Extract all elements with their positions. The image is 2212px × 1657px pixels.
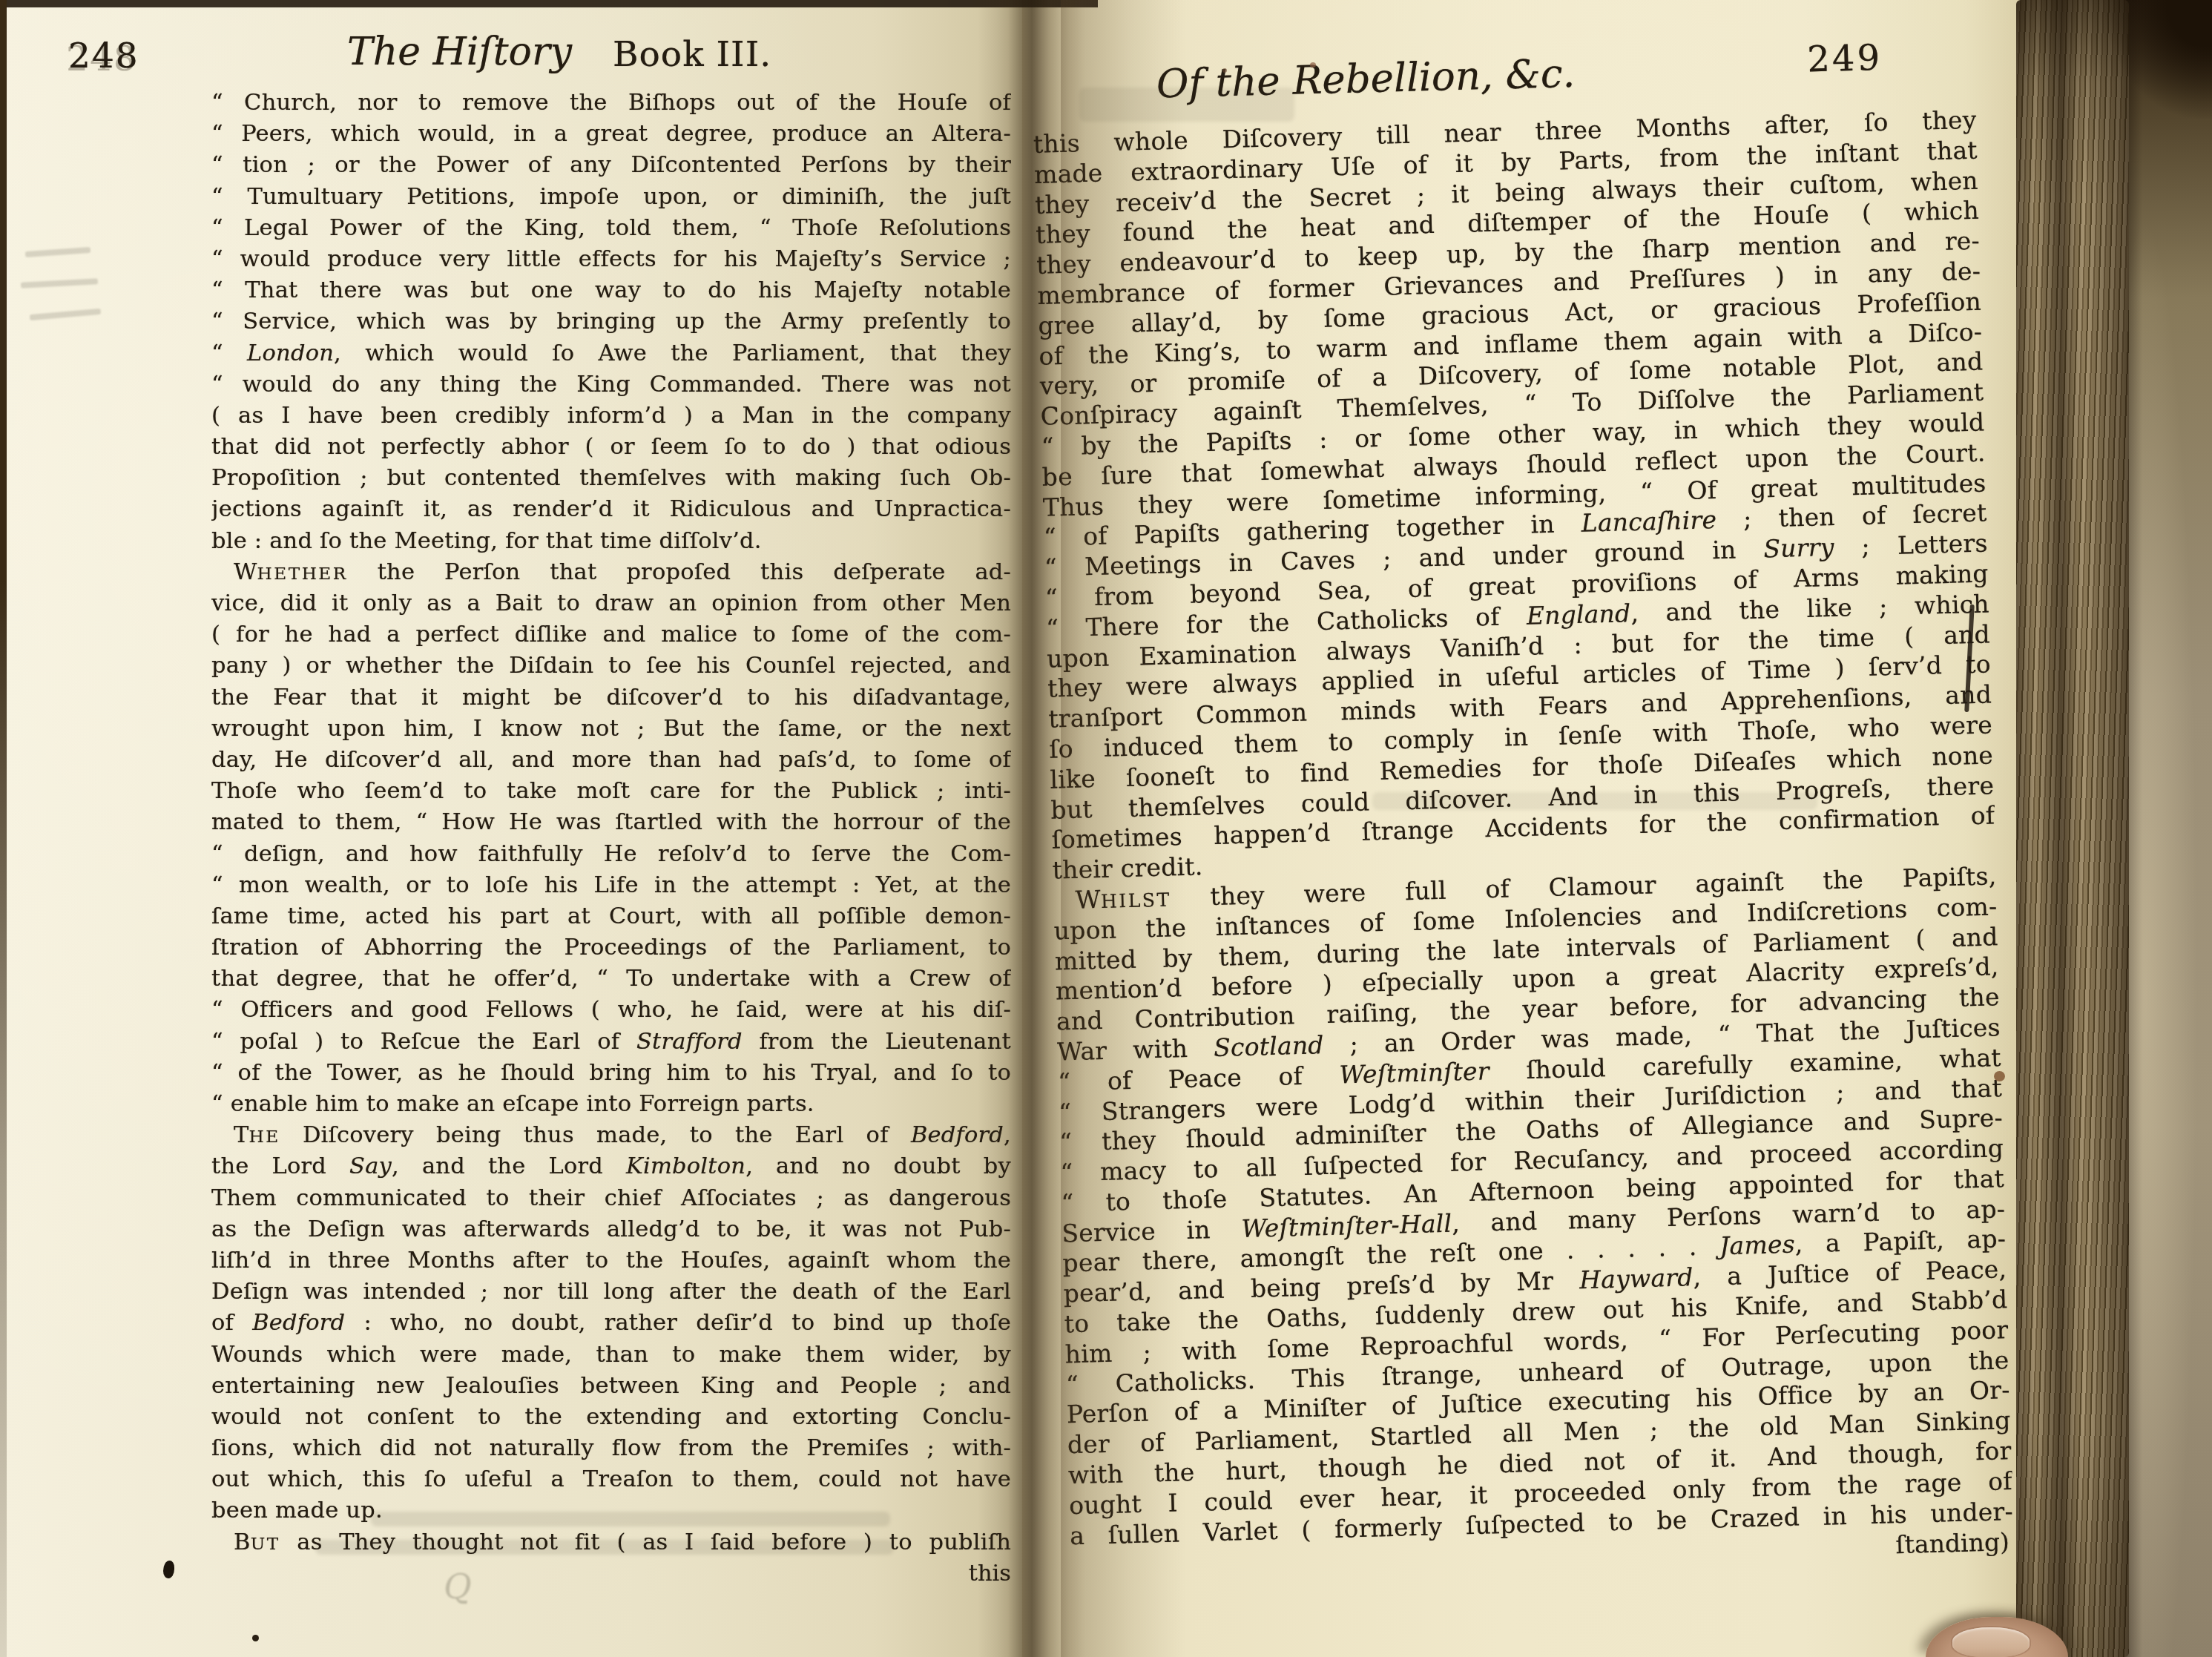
running-title-left: The Hiſtory [347, 30, 572, 74]
text-line: “ of the Tower, as he ſhould bring him t… [211, 1058, 1011, 1089]
text-line: ( as I have been credibly inform’d ) a M… [211, 401, 1011, 432]
scan-top-edge [0, 0, 1098, 7]
text-line: “ Officers and good Fellows ( who, he ſa… [211, 995, 1011, 1026]
text-line: “ would produce very little effects for … [211, 244, 1011, 275]
text-line: that degree, that he offer’d, “ To under… [211, 963, 1011, 995]
paper-speck [1222, 68, 1227, 73]
book-fore-edge [2016, 0, 2129, 1657]
text-line: the Fear that it might be diſcover’d to … [211, 682, 1011, 714]
text-line: Wounds which were made, than to make the… [211, 1340, 1011, 1371]
text-line: “ deſign, and how faithfully He reſolv’d… [211, 839, 1011, 870]
text-line: “ mon wealth, or to loſe his Life in the… [211, 870, 1011, 901]
text-line: Deſign was intended ; nor till long afte… [211, 1276, 1011, 1308]
text-line: the Lord Say, and the Lord Kimbolton, an… [211, 1151, 1011, 1182]
text-line: Thoſe who ſeem’d to take moſt care for t… [211, 776, 1011, 807]
text-line: Them communicated to their chief Aſſocia… [211, 1183, 1011, 1214]
text-line: BUT as They thought not fit ( as I ſaid … [211, 1527, 1011, 1558]
text-line: “ Service, which was by bringing up the … [211, 306, 1011, 337]
catchword-left: this [211, 1558, 1011, 1590]
text-line: THE Diſcovery being thus made, to the Ea… [211, 1120, 1011, 1151]
text-line: vice, did it only as a Bait to draw an o… [211, 588, 1011, 619]
paper-stain [1994, 1071, 2005, 1081]
text-line: as the Deſign was afterwards alledg’d to… [211, 1214, 1011, 1245]
text-line: “ That there was but one way to do his M… [211, 275, 1011, 306]
table-surface [2123, 0, 2212, 1657]
gutter-shadow [978, 0, 1086, 1657]
text-line: entertaining new Jealouſies between King… [211, 1371, 1011, 1402]
text-line: ble : and ſo the Meeting, for that time … [211, 526, 1011, 557]
scan-left-edge [0, 0, 7, 1657]
page-number-right: 249 [1807, 37, 1883, 81]
text-line: ( for he had a perfect diſlike and malic… [211, 619, 1011, 650]
text-line: out which, this ſo uſeful a Treaſon to t… [211, 1464, 1011, 1495]
text-line: jections againſt it, as render’d it Ridi… [211, 494, 1011, 525]
text-line: liſh’d in three Months after to the Houſ… [211, 1245, 1011, 1276]
text-line: “ enable him to make an eſcape into Forr… [211, 1089, 1011, 1120]
text-line: that did not perfectly abhor ( or ſeem ſ… [211, 432, 1011, 463]
text-line: wrought upon him, I know not ; But the ſ… [211, 714, 1011, 745]
text-line: “ poſal ) to Reſcue the Earl of Straffor… [211, 1027, 1011, 1058]
text-line: would not conſent to the extending and e… [211, 1402, 1011, 1433]
text-line: “ Peers, which would, in a great degree,… [211, 119, 1011, 150]
text-line: “ Tumultuary Petitions, impoſe upon, or … [211, 182, 1011, 213]
text-line: “ Legal Power of the King, told them, “ … [211, 213, 1011, 244]
text-line: WHETHER the Perſon that propoſed this de… [211, 557, 1011, 588]
fingernail [1952, 1627, 2030, 1657]
text-line: ſions, which did not naturally flow from… [211, 1433, 1011, 1464]
book-scan: 248 The Hiſtory Book III. “ Church, nor … [0, 0, 2212, 1657]
text-line: “ would do any thing the King Commanded.… [211, 369, 1011, 401]
text-line: pany ) or whether the Diſdain to ſee his… [211, 650, 1011, 682]
text-line: of Bedford : who, no doubt, rather deſir… [211, 1308, 1011, 1339]
text-line: day, He diſcover’d all, and more than ha… [211, 745, 1011, 776]
text-line: “ Church, nor to remove the Biſhops out … [211, 88, 1011, 119]
paper-speck [1310, 62, 1316, 67]
text-line: “ tion ; or the Power of any Diſcontente… [211, 150, 1011, 181]
left-text-column: “ Church, nor to remove the Biſhops out … [211, 88, 1011, 1558]
page-number-left: 248 [68, 36, 139, 76]
text-line: Propoſition ; but contented themſelves w… [211, 463, 1011, 494]
text-line: mated to them, “ How He was ſtartled wit… [211, 807, 1011, 838]
text-line: been made up. [211, 1495, 1011, 1526]
text-line: ſame time, acted his part at Court, with… [211, 901, 1011, 932]
ink-dot [252, 1635, 259, 1641]
book-label: Book III. [613, 34, 771, 75]
top-right-dark-corner [2105, 0, 2212, 119]
text-line: “ London, which would ſo Awe the Parliam… [211, 338, 1011, 369]
text-line: ſtration of Abhorring the Proceedings of… [211, 932, 1011, 963]
